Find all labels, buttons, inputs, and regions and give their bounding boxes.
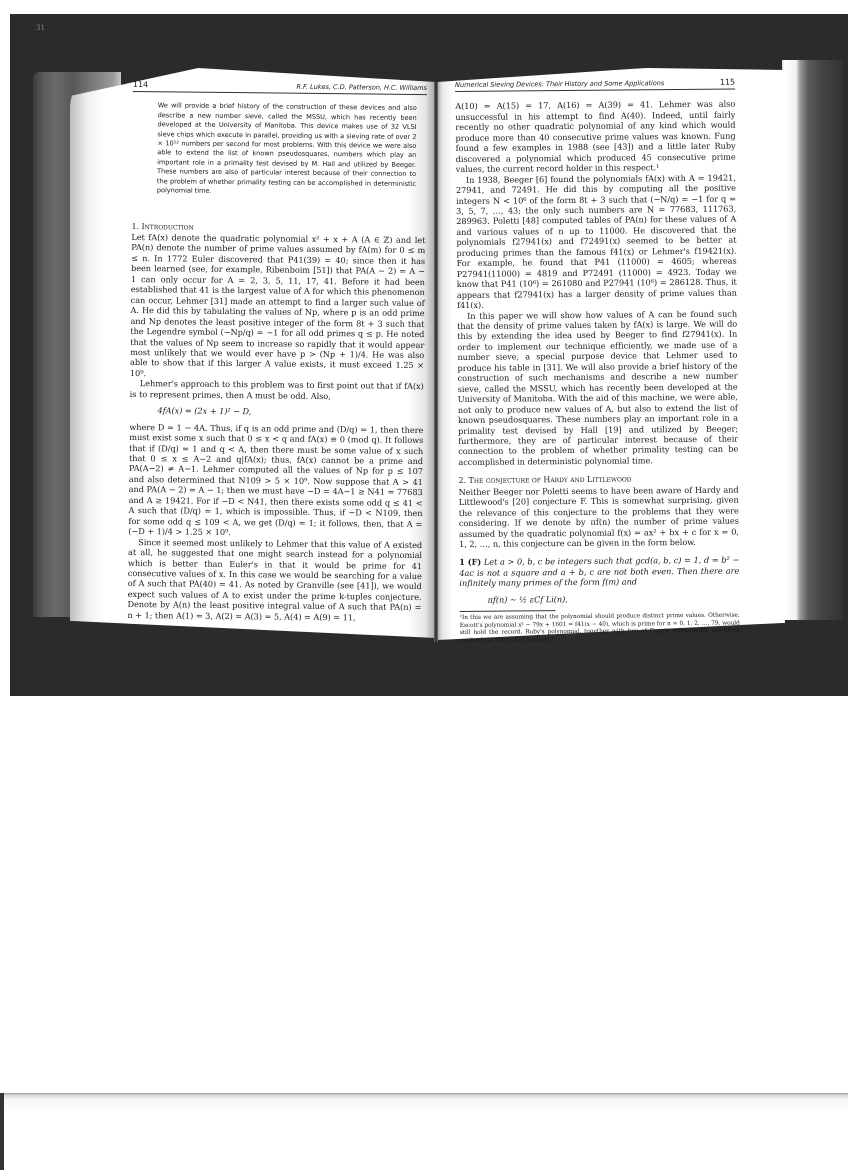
- abstract: We will provide a brief history of the c…: [157, 102, 417, 199]
- conjecture-f: 1 (F) Let a > 0, b, c be integers such t…: [459, 555, 739, 589]
- conjecture-label: 1 (F): [459, 557, 481, 567]
- display-equation-right: πf(n) ∼ ½ εCf Li(n),: [459, 592, 739, 605]
- right-running-title: Numerical Sieving Devices: Their History…: [455, 78, 664, 90]
- right-running-head: Numerical Sieving Devices: Their History…: [455, 78, 735, 93]
- left-running-head: 114 R.F. Lukes, C.D. Patterson, H.C. Wil…: [133, 80, 427, 96]
- right-page-stack-edge: [782, 60, 842, 620]
- footnote-rule: [460, 610, 556, 612]
- right-page-content: Numerical Sieving Devices: Their History…: [455, 78, 740, 645]
- scanner-bottom-edge: [0, 1093, 848, 1170]
- left-page-content: 114 R.F. Lukes, C.D. Patterson, H.C. Wil…: [127, 80, 427, 623]
- conjecture-statement: Let a > 0, b, c be integers such that gc…: [459, 555, 739, 588]
- left-paragraph-4: Since it seemed most unlikely to Lehmer …: [127, 537, 422, 624]
- left-paragraph-1: Let fA(x) denote the quadratic polynomia…: [130, 232, 426, 381]
- left-running-title: R.F. Lukes, C.D. Patterson, H.C. William…: [296, 82, 427, 94]
- left-paragraph-2: Lehmer's approach to this problem was to…: [130, 378, 424, 402]
- display-equation-left: 4fA(x) = (2x + 1)² − D,: [129, 405, 423, 419]
- right-paragraph-3: In this paper we will show how values of…: [457, 308, 738, 467]
- book-gutter: [434, 82, 438, 642]
- footnote: ¹In this we are assuming that the polyno…: [460, 613, 740, 645]
- right-paragraph-2: In 1938, Beeger [6] found the polynomial…: [456, 172, 737, 310]
- right-paragraph-1: A(10) = A(15) = 17, A(16) = A(39) = 41. …: [455, 99, 736, 175]
- right-page-number: 115: [720, 78, 735, 89]
- right-paragraph-4: Neither Beeger nor Poletti seems to have…: [459, 484, 740, 549]
- left-paragraph-3: where D = 1 − 4A. Thus, if q is an odd p…: [128, 422, 423, 540]
- scan-corner-mark: 31: [36, 24, 45, 32]
- left-page-number: 114: [133, 80, 148, 91]
